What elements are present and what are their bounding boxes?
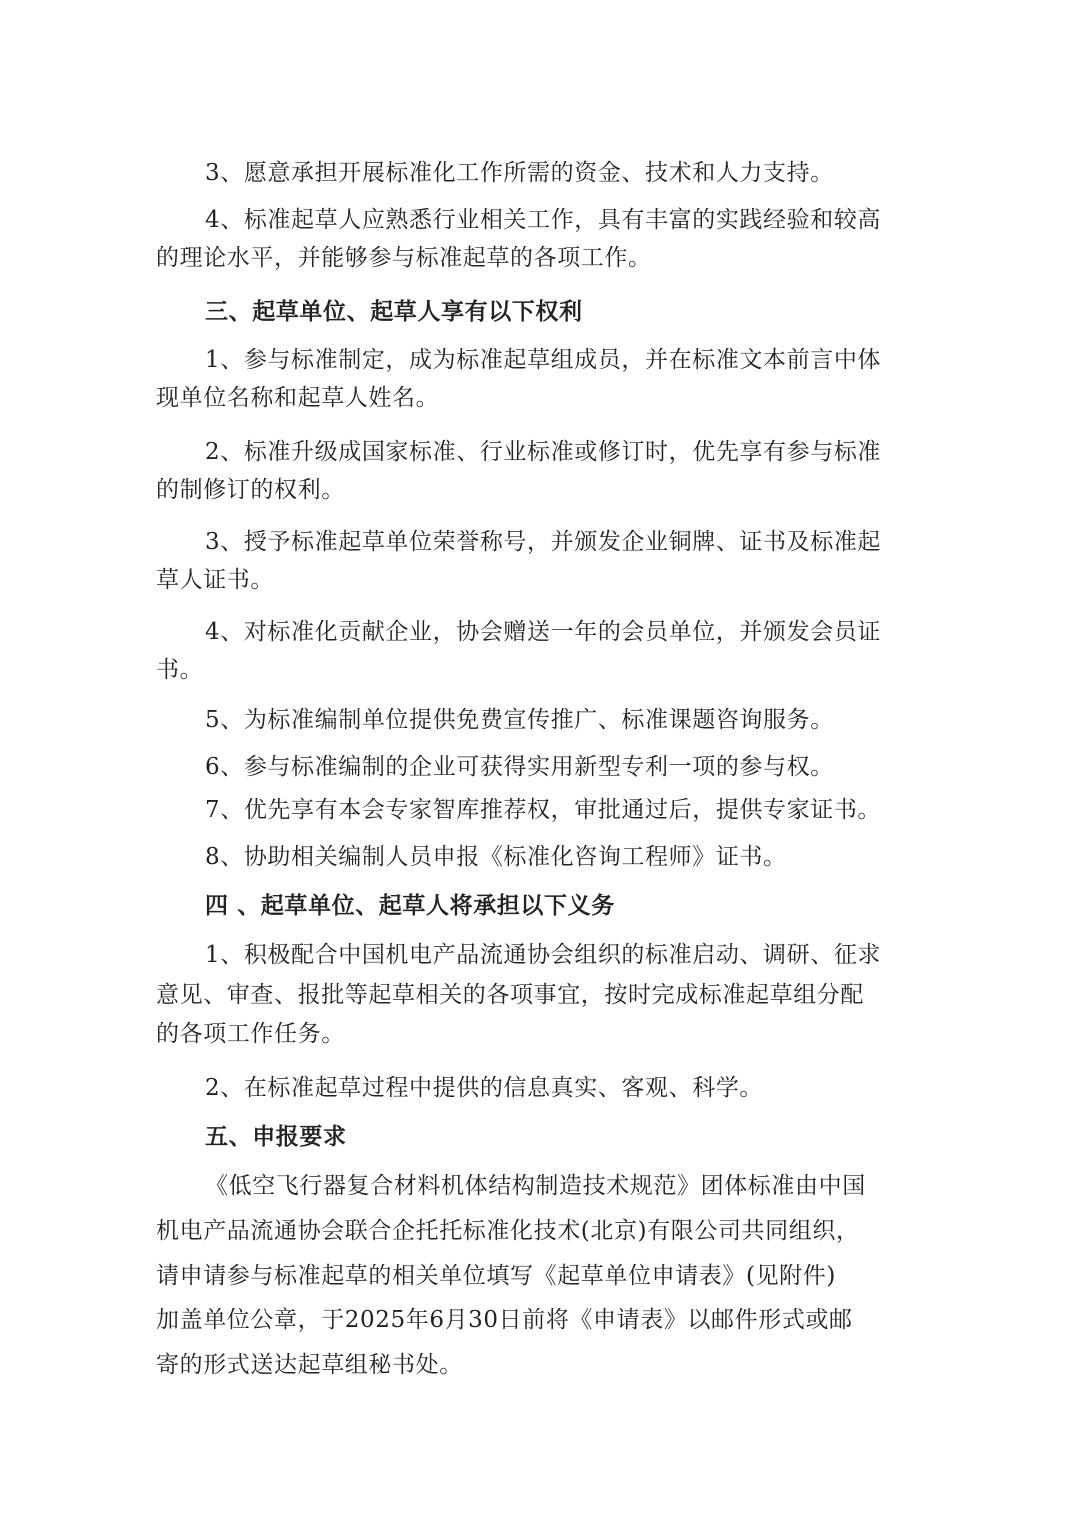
- section-heading: 四 、起草单位、起草人将承担以下义务: [205, 891, 615, 921]
- section-heading: 五、申报要求: [205, 1122, 347, 1152]
- paragraph-line: 机电产品流通协会联合企托托标准化技术(北京)有限公司共同组织，: [156, 1216, 860, 1246]
- paragraph-line: 4、标准起草人应熟悉行业相关工作，具有丰富的实践经验和较高: [205, 205, 881, 235]
- paragraph-line: 草人证书。: [156, 565, 274, 595]
- paragraph-line: 7、优先享有本会专家智库推荐权，审批通过后，提供专家证书。: [205, 795, 881, 825]
- paragraph-line: 3、授予标准起草单位荣誉称号，并颁发企业铜牌、证书及标准起: [205, 527, 881, 557]
- paragraph-line: 2、标准升级成国家标准、行业标准或修订时，优先享有参与标准: [205, 437, 881, 467]
- paragraph-line: 8、协助相关编制人员申报《标准化咨询工程师》证书。: [205, 842, 787, 872]
- paragraph-line: 6、参与标准编制的企业可获得实用新型专利一项的参与权。: [205, 752, 834, 782]
- paragraph-line: 请申请参与标准起草的相关单位填写《起草单位申请表》(见附件): [156, 1261, 836, 1291]
- paragraph-line: 4、对标准化贡献企业，协会赠送一年的会员单位，并颁发会员证: [205, 617, 881, 647]
- paragraph-line: 现单位名称和起草人姓名。: [156, 383, 439, 413]
- paragraph-line: 意见、审查、报批等起草相关的各项事宜，按时完成标准起草组分配: [156, 980, 864, 1010]
- paragraph-line: 3、愿意承担开展标准化工作所需的资金、技术和人力支持。: [205, 158, 834, 188]
- paragraph-line: 加盖单位公章，于2025年6月30日前将《申请表》以邮件形式或邮: [156, 1305, 853, 1335]
- paragraph-line: 的理论水平，并能够参与标准起草的各项工作。: [156, 243, 652, 273]
- paragraph-line: 《低空飞行器复合材料机体结构制造技术规范》团体标准由中国: [205, 1171, 866, 1201]
- document-page: 3、愿意承担开展标准化工作所需的资金、技术和人力支持。4、标准起草人应熟悉行业相…: [0, 0, 1080, 1526]
- paragraph-line: 1、参与标准制定，成为标准起草组成员，并在标准文本前言中体: [205, 345, 881, 375]
- paragraph-line: 的制修订的权利。: [156, 475, 345, 505]
- paragraph-line: 2、在标准起草过程中提供的信息真实、客观、科学。: [205, 1073, 763, 1103]
- paragraph-line: 5、为标准编制单位提供免费宣传推广、标准课题咨询服务。: [205, 705, 834, 735]
- paragraph-line: 寄的形式送达起草组秘书处。: [156, 1350, 463, 1380]
- paragraph-line: 1、积极配合中国机电产品流通协会组织的标准启动、调研、征求: [205, 940, 881, 970]
- paragraph-line: 书。: [156, 655, 203, 685]
- section-heading: 三、起草单位、起草人享有以下权利: [205, 297, 583, 327]
- paragraph-line: 的各项工作任务。: [156, 1019, 345, 1049]
